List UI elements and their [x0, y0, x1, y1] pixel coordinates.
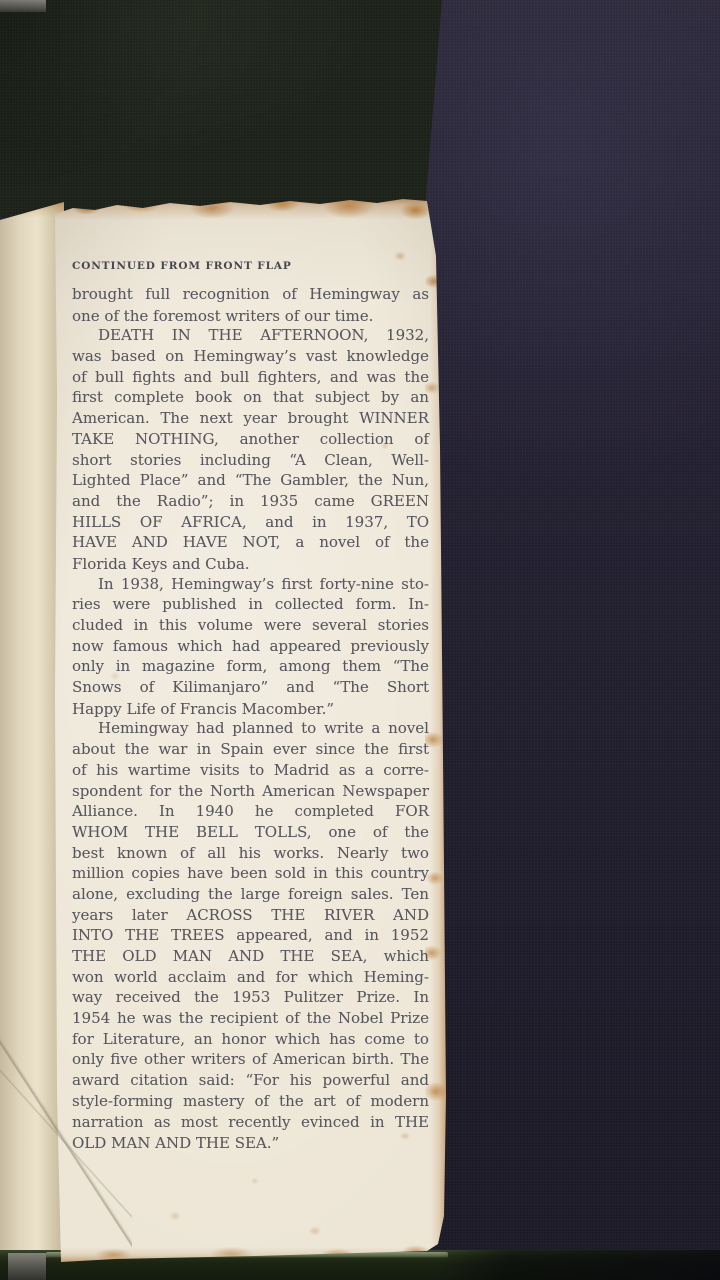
- text-line: WHOMTHEBELLTOLLS,oneofthe: [72, 823, 429, 844]
- text-line: awardcitationsaid:“Forhispowerfuland: [72, 1071, 429, 1092]
- text-line: ofbullfightsandbullfighters,andwasthe: [72, 368, 429, 389]
- text-line: one of the foremost writers of our time.: [72, 306, 429, 327]
- text-line: HILLSOFAFRICA,andin1937,TO: [72, 513, 429, 534]
- book-photo: CONTINUED FROM FRONT FLAP broughtfullrec…: [0, 0, 720, 1280]
- text-line: cludedinthisvolumewereseveralstories: [72, 616, 429, 637]
- text-line: LightedPlace”and“TheGambler,theNun,: [72, 471, 429, 492]
- text-line: nowfamouswhichhadappearedpreviously: [72, 637, 429, 658]
- text-line: Florida Keys and Cuba.: [72, 554, 429, 575]
- flap-header: CONTINUED FROM FRONT FLAP: [72, 260, 292, 272]
- text-line: alone,excludingthelargeforeignsales.Ten: [72, 885, 429, 906]
- text-line: yearslaterACROSSTHERIVERAND: [72, 906, 429, 927]
- text-line: narrationasmostrecentlyevincedinTHE: [72, 1113, 429, 1134]
- text-line: onlyinmagazineform,amongthem“The: [72, 657, 429, 678]
- text-line: 1954hewastherecipientoftheNobelPrize: [72, 1009, 429, 1030]
- text-line: OLD MAN AND THE SEA.”: [72, 1133, 429, 1154]
- text-line: rieswerepublishedincollectedform.In-: [72, 595, 429, 616]
- text-line: spondentfortheNorthAmericanNewspaper: [72, 782, 429, 803]
- dust-jacket-flap: CONTINUED FROM FRONT FLAP broughtfullrec…: [55, 196, 447, 1262]
- text-line: INTOTHETREESappeared,andin1952: [72, 926, 429, 947]
- text-line: wasbasedonHemingway’svastknowledge: [72, 347, 429, 368]
- text-line: DEATHINTHEAFTERNOON,1932,: [72, 326, 429, 347]
- text-line: aboutthewarinSpaineversincethefirst: [72, 740, 429, 761]
- text-line: bestknownofallhisworks.Nearlytwo: [72, 844, 429, 865]
- text-line: millioncopieshavebeensoldinthiscountry: [72, 864, 429, 885]
- text-line: wonworldacclaimandforwhichHeming-: [72, 968, 429, 989]
- text-line: American.ThenextyearbroughtWINNER: [72, 409, 429, 430]
- text-line: andtheRadio”;in1935cameGREEN: [72, 492, 429, 513]
- cover-edge-sliver: [0, 0, 46, 12]
- text-line: broughtfullrecognitionofHemingwayas: [72, 285, 429, 306]
- backdrop-fabric-left: [0, 0, 442, 218]
- text-line: Hemingwayhadplannedtowriteanovel: [72, 719, 429, 740]
- under-page-edge: [0, 202, 64, 1264]
- text-line: HAVEANDHAVENOT,anovelofthe: [72, 533, 429, 554]
- text-line: forLiterature,anhonorwhichhascometo: [72, 1030, 429, 1051]
- text-line: In1938,Hemingway’sfirstforty-ninesto-: [72, 575, 429, 596]
- text-line: onlyfiveotherwritersofAmericanbirth.The: [72, 1050, 429, 1071]
- text-line: wayreceivedthe1953PulitzerPrize.In: [72, 988, 429, 1009]
- book-cloth-shadow: [438, 1250, 720, 1280]
- text-line: ofhiswartimevisitstoMadridasacorre-: [72, 761, 429, 782]
- text-line: SnowsofKilimanjaro”and“TheShort: [72, 678, 429, 699]
- flap-text: broughtfullrecognitionofHemingwayasone o…: [72, 285, 429, 1154]
- text-line: firstcompletebookonthatsubjectbyan: [72, 388, 429, 409]
- cover-board-corner: [8, 1253, 46, 1280]
- text-line: TAKENOTHING,anothercollectionof: [72, 430, 429, 451]
- text-line: THEOLDMANANDTHESEA,which: [72, 947, 429, 968]
- text-line: Alliance.In1940hecompletedFOR: [72, 802, 429, 823]
- text-line: shortstoriesincluding“AClean,Well-: [72, 451, 429, 472]
- text-line: style-formingmasteryoftheartofmodern: [72, 1092, 429, 1113]
- text-line: Happy Life of Francis Macomber.”: [72, 699, 429, 720]
